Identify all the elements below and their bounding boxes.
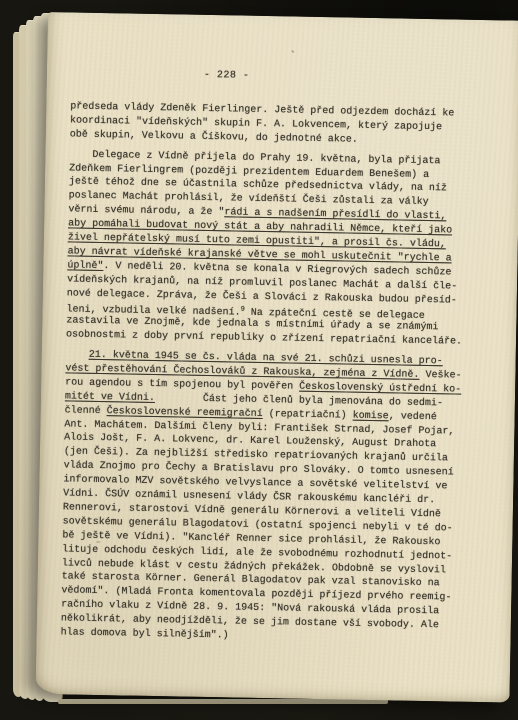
text-segment: (repatriační) <box>263 409 353 422</box>
text-segment: Veške- <box>419 370 461 382</box>
book-page: - 228 - předseda vlády Zdeněk Fierlinger… <box>36 12 518 703</box>
underlined-text: úplně" <box>67 260 103 272</box>
page-number: - 228 - <box>204 69 518 89</box>
page-text: předseda vlády Zdeněk Fierlinger. Ještě … <box>60 100 492 647</box>
paper-speck <box>437 161 439 163</box>
paper-speck <box>291 50 295 53</box>
underlined-text: Československý ústřední ko- <box>299 382 461 396</box>
underlined-text: Československé reemigrační <box>107 406 263 420</box>
paper-speck <box>107 397 109 400</box>
underlined-text: mitét ve Vídni. <box>65 391 155 404</box>
text-segment: , vedené <box>389 411 437 423</box>
book-scan: - 228 - předseda vlády Zdeněk Fierlinger… <box>0 0 518 720</box>
text-segment: členné <box>65 405 107 417</box>
underlined-text: komise <box>353 410 389 422</box>
lower-page-edge <box>58 699 388 704</box>
paper-speck <box>96 541 100 543</box>
text-segment: hlas domova byl silnějším".) <box>61 627 229 641</box>
text-segment: věrni svému národu, a že " <box>68 205 224 219</box>
